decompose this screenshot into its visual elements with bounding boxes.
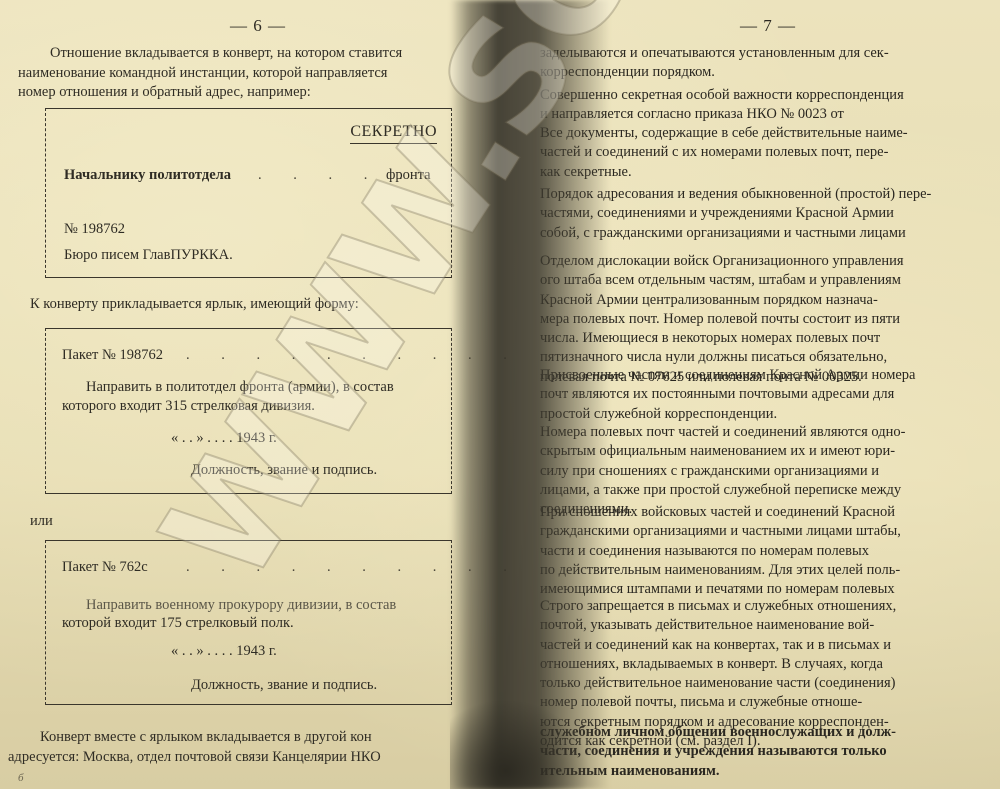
date-line: « . . » . . . . 1943 г. xyxy=(171,430,277,447)
addressee-suffix: фронта xyxy=(386,167,431,184)
packet-number: Пакет № 762с xyxy=(62,559,148,576)
addressee-prefix: Начальнику политотдела xyxy=(64,167,231,184)
text-line: Отношение вкладывается в конверт, на кот… xyxy=(18,44,402,64)
corner-mark: б xyxy=(18,772,24,784)
label-form-1: Пакет № 198762 . . . . . . . . . . Напра… xyxy=(45,328,452,494)
envelope-form: СЕКРЕТНО Начальнику политотдела . . . . … xyxy=(45,108,452,278)
page-number-right: — 7 — xyxy=(740,16,796,36)
text-line: номер отношения и обратный адрес, наприм… xyxy=(18,83,402,103)
text-line: Конверт вместе с ярлыком вкладывается в … xyxy=(8,728,381,748)
classification-stamp: СЕКРЕТНО xyxy=(350,123,437,144)
instruction-line: которой входит 175 стрелковый полк. xyxy=(62,615,294,632)
label-intro: К конверту прикладывается ярлык, имеющий… xyxy=(30,295,359,315)
book-gutter-shadow-bottom xyxy=(450,699,590,789)
page-number-left: — 6 — xyxy=(230,16,286,36)
signature-line: Должность, звание и подпись. xyxy=(191,462,377,479)
date-line: « . . » . . . . 1943 г. xyxy=(171,643,277,660)
or-label: или xyxy=(30,512,53,532)
left-page: — 6 — Отношение вкладывается в конверт, … xyxy=(0,0,470,789)
envelope-number: № 198762 xyxy=(64,221,125,238)
text-line: наименование командной инстанции, которо… xyxy=(18,64,402,84)
label-form-2: Пакет № 762с . . . . . . . . . . Направи… xyxy=(45,540,452,705)
packet-number: Пакет № 198762 xyxy=(62,347,163,364)
text-line: адресуется: Москва, отдел почтовой связи… xyxy=(8,748,381,768)
instruction-line: Направить военному прокурору дивизии, в … xyxy=(86,597,396,614)
signature-line: Должность, звание и подпись. xyxy=(191,677,377,694)
instruction-line: которого входит 315 стрелковая дивизия. xyxy=(62,398,315,415)
book-gutter-shadow xyxy=(450,0,610,789)
return-address: Бюро писем ГлавПУРККА. xyxy=(64,247,233,264)
instruction-line: Направить в политотдел фронта (армии), в… xyxy=(86,379,394,396)
outro-paragraph: Конверт вместе с ярлыком вкладывается в … xyxy=(8,728,381,767)
intro-paragraph: Отношение вкладывается в конверт, на кот… xyxy=(18,44,402,103)
